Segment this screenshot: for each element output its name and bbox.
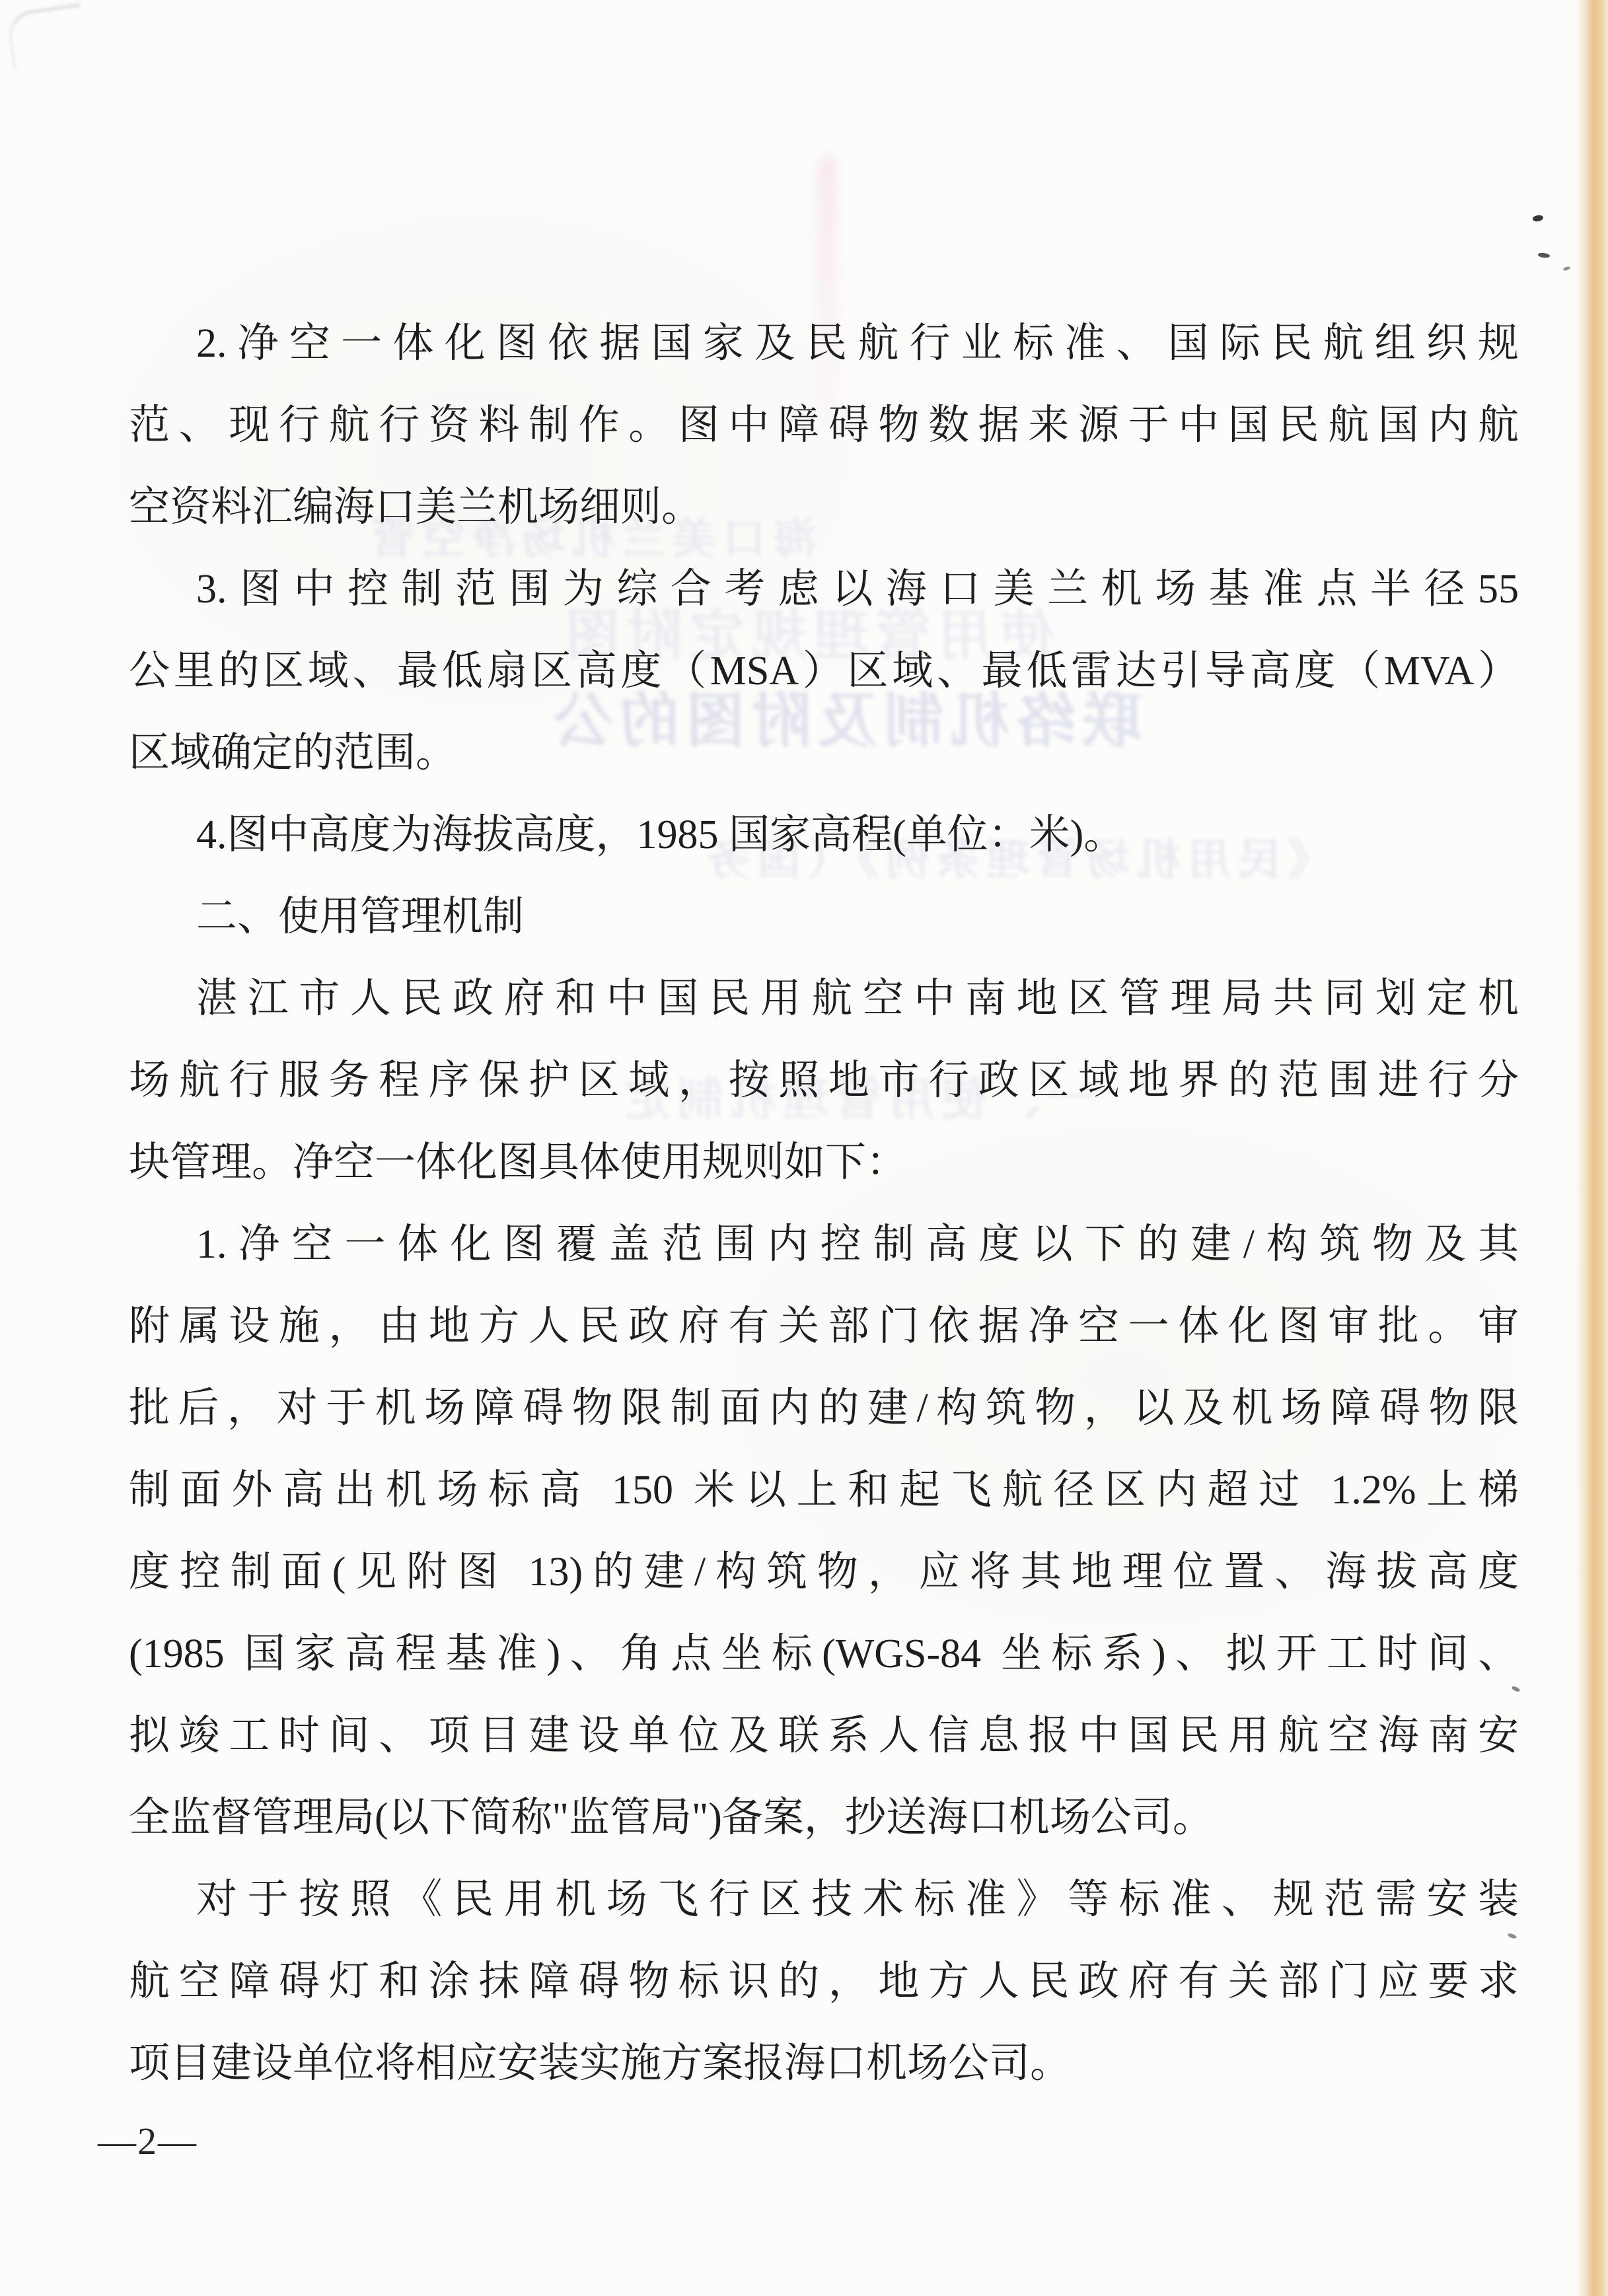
text-line: 度控制面(见附图 13)的建/构筑物，应将其地理位置、海拔高度 <box>129 1531 1519 1613</box>
text-line: 制面外高出机场标高 150 米以上和起飞航径区内超过 1.2%上梯 <box>129 1449 1519 1531</box>
text-line: 拟竣工时间、项目建设单位及联系人信息报中国民用航空海南安 <box>129 1695 1519 1777</box>
section-heading: 二、使用管理机制 <box>129 876 1519 958</box>
text-line: 公里的区域、最低扇区高度（MSA）区域、最低雷达引导高度（MVA） <box>129 630 1519 712</box>
text-line: 2.净空一体化图依据国家及民航行业标准、国际民航组织规 <box>129 303 1519 384</box>
text-line: 范、现行航行资料制作。图中障碍物数据来源于中国民航国内航 <box>129 384 1519 466</box>
ink-speck <box>1562 266 1570 271</box>
text-line: 附属设施，由地方人民政府有关部门依据净空一体化图审批。审 <box>129 1285 1519 1367</box>
text-line: 4.图中高度为海拔高度，1985 国家高程(单位：米)。 <box>129 794 1519 876</box>
text-line: 项目建设单位将相应安装实施方案报海口机场公司。 <box>129 2023 1519 2104</box>
text-line: 航空障碍灯和涂抹障碍物标识的，地方人民政府有关部门应要求 <box>129 1941 1519 2023</box>
page-number: —2— <box>98 2119 198 2163</box>
text-line: 全监督管理局(以下简称"监管局")备案，抄送海口机场公司。 <box>129 1777 1519 1859</box>
scan-binding-edge <box>1576 0 1608 2296</box>
text-line: 湛江市人民政府和中国民用航空中南地区管理局共同划定机 <box>129 958 1519 1040</box>
text-line: 块管理。净空一体化图具体使用规则如下： <box>129 1122 1519 1203</box>
document-body: 2.净空一体化图依据国家及民航行业标准、国际民航组织规 范、现行航行资料制作。图… <box>129 303 1519 2104</box>
scanned-document-page: 海口美兰机场净空管 使用管理规定附图 联络机制及附图的公 《民用机场管理条例》（… <box>0 0 1608 2296</box>
text-line: 对于按照《民用机场飞行区技术标准》等标准、规范需安装 <box>129 1859 1519 1941</box>
text-line: 区域确定的范围。 <box>129 712 1519 794</box>
text-line: 3.图中控制范围为综合考虑以海口美兰机场基准点半径55 <box>129 548 1519 630</box>
ink-speck <box>1538 252 1551 258</box>
scan-corner-smudge <box>6 3 89 69</box>
text-line: 批后，对于机场障碍物限制面内的建/构筑物，以及机场障碍物限 <box>129 1367 1519 1449</box>
text-line: 场航行服务程序保护区域，按照地市行政区域地界的范围进行分 <box>129 1040 1519 1122</box>
text-line: 1.净空一体化图覆盖范围内控制高度以下的建/构筑物及其 <box>129 1203 1519 1285</box>
text-line: 空资料汇编海口美兰机场细则。 <box>129 466 1519 548</box>
ink-speck <box>1532 214 1544 222</box>
text-line: (1985 国家高程基准)、角点坐标(WGS-84 坐标系)、拟开工时间、 <box>129 1613 1519 1695</box>
